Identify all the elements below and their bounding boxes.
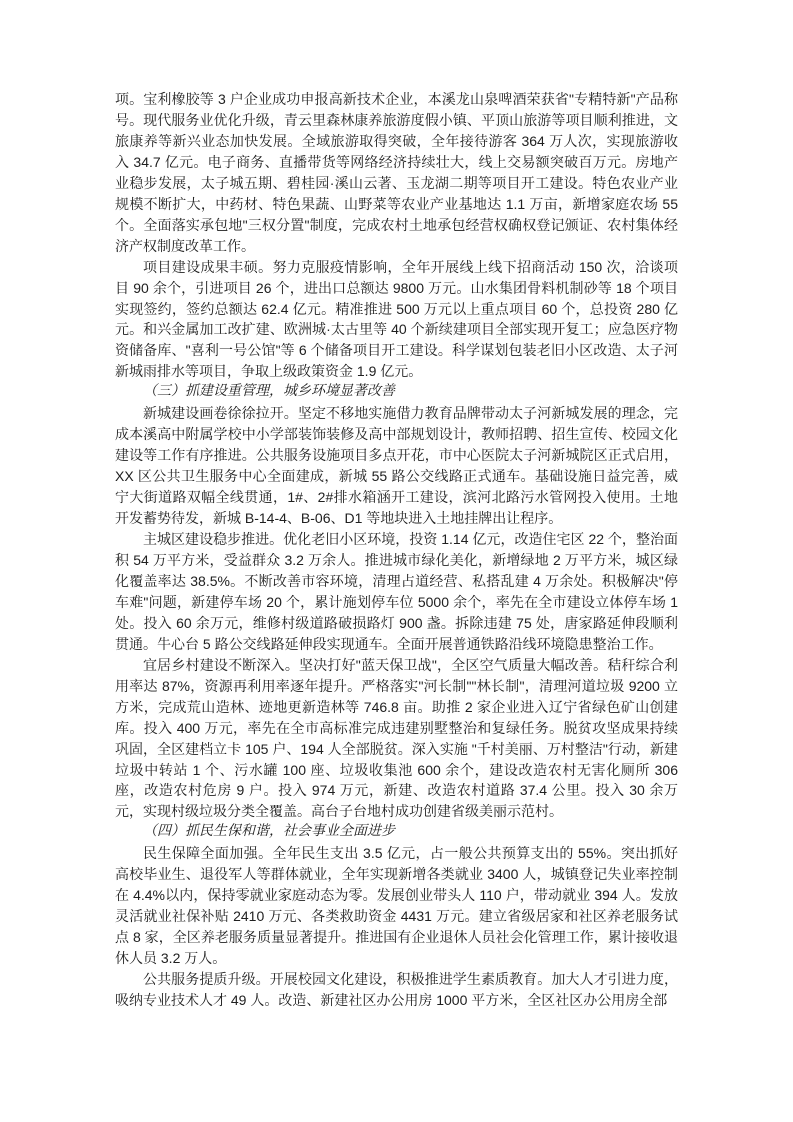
paragraph-main-urban-area-construction: 主城区建设稳步推进。优化老旧小区环境，投资 1.14 亿元，改造住宅区 22 个… bbox=[115, 529, 678, 655]
paragraph-livelihood-security: 民生保障全面加强。全年民生支出 3.5 亿元，占一般公共预算支出的 55%。突出… bbox=[115, 843, 678, 969]
section-heading-3-urban-rural-environment: （三）抓建设重管理，城乡环境显著改善 bbox=[115, 382, 678, 403]
paragraph-industry-services-agriculture: 项。宝利橡胶等 3 户企业成功申报高新技术企业，本溪龙山泉啤酒荣获省"专精特新"… bbox=[115, 89, 678, 257]
document-page: 项。宝利橡胶等 3 户企业成功申报高新技术企业，本溪龙山泉啤酒荣获省"专精特新"… bbox=[0, 0, 793, 1122]
section-heading-4-livelihood-social-progress: （四）抓民生保和谐，社会事业全面进步 bbox=[115, 822, 678, 843]
paragraph-livable-village-construction: 宜居乡村建设不断深入。坚决打好"蓝天保卫战"，全区空气质量大幅改善。秸秆综合利用… bbox=[115, 655, 678, 823]
document-content: 项。宝利橡胶等 3 户企业成功申报高新技术企业，本溪龙山泉啤酒荣获省"专精特新"… bbox=[115, 89, 678, 1011]
paragraph-new-town-construction: 新城建设画卷徐徐拉开。坚定不移地实施借力教育品牌带动太子河新城发展的理念，完成本… bbox=[115, 403, 678, 529]
paragraph-project-construction-results: 项目建设成果丰硕。努力克服疫情影响，全年开展线上线下招商活动 150 次，洽谈项… bbox=[115, 257, 678, 383]
paragraph-public-service-upgrade: 公共服务提质升级。开展校园文化建设，积极推进学生素质教育。加大人才引进力度，吸纳… bbox=[115, 969, 678, 1011]
